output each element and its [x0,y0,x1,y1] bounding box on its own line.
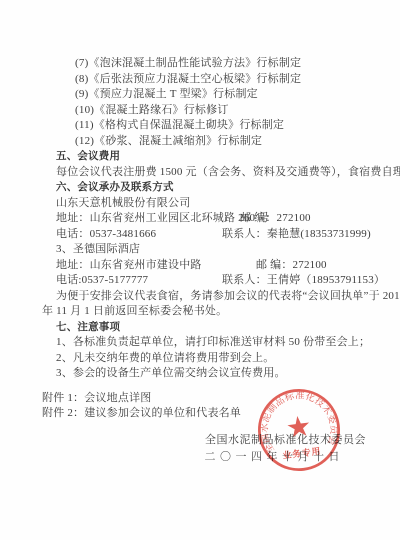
section-heading-contact: 六、会议承办及联系方式 [42,180,368,196]
document-body: (7)《泡沫混凝土制品性能试验方法》行标制定 (8)《后张法预应力混凝土空心板梁… [42,56,368,467]
hotel-address-row: 地址：山东省兖州市建设中路 邮 编：272100 [42,258,368,274]
standard-item: (8)《后张法预应力混凝土空心板梁》行标制定 [42,72,368,88]
attachment-item: 附件 1：会议地点详图 [42,391,368,407]
host-address-row: 地址：山东省兖州工业园区北环城路 260 号 邮 编：272100 [42,211,368,227]
note-item: 1、各标准负责起草单位，请打印标准送审材料 50 份带至会上； [42,335,368,351]
attachment-item: 附件 2：建议参加会议的单位和代表名单 [42,406,368,422]
standard-item: (10)《混凝土路缘石》行标修订 [42,103,368,119]
hotel-address: 地址：山东省兖州市建设中路 [56,259,202,271]
hotel-zip: 邮 编：272100 [256,258,327,274]
notice-paragraph-line1: 为便于安排会议代表食宿，务请参加会议的代表将“会议回执单”于 2014 [42,289,368,305]
attachments-block: 附件 1：会议地点详图 附件 2：建议参加会议的单位和代表名单 [42,391,368,422]
host-phone: 电话：0537-3481666 [56,228,156,240]
standard-item: (11)《格构式自保温混凝土砌块》行标制定 [42,118,368,134]
section-heading-fee: 五、会议费用 [42,149,368,165]
host-zip: 邮 编：272100 [240,211,311,227]
signature-date: 二〇一四年十月十日 [42,449,368,467]
signature-committee: 全国水泥制品标准化技术委员会 [42,432,368,450]
host-company: 山东天意机械股份有限公司 [42,196,368,212]
signature-block: 全国水泥制品标准化技术委员会 二〇一四年十月十日 [42,432,368,467]
note-item: 2、凡未交纳年费的单位请将费用带到会上。 [42,351,368,367]
hotel-phone: 电话:0537-5177777 [56,274,148,286]
host-address: 地址：山东省兖州工业园区北环城路 260 号 [56,212,269,224]
standard-item: (12)《砂浆、混凝土减缩剂》行标制定 [42,134,368,150]
hotel-contact: 联系人：王倩婷（18953791153） [222,273,385,289]
section-heading-notes: 七、注意事项 [42,320,368,336]
document-page: (7)《泡沫混凝土制品性能试验方法》行标制定 (8)《后张法预应力混凝土空心板梁… [0,0,400,540]
hotel-name: 3、圣德国际酒店 [42,242,368,258]
host-contact: 联系人：秦艳慧(18353731999) [222,227,371,243]
notice-paragraph-line2: 年 11 月 1 日前返回至标委会秘书处。 [42,304,368,320]
standard-item: (9)《预应力混凝土 T 型梁》行标制定 [42,87,368,103]
note-item: 3、参会的设备生产单位需交纳会议宣传费用。 [42,366,368,382]
standard-item: (7)《泡沫混凝土制品性能试验方法》行标制定 [42,56,368,72]
fee-line: 每位会议代表注册费 1500 元（含会务、资料及交通费等），食宿费自理。 [42,165,368,181]
hotel-phone-row: 电话:0537-5177777 联系人：王倩婷（18953791153） [42,273,368,289]
host-phone-row: 电话：0537-3481666 联系人：秦艳慧(18353731999) [42,227,368,243]
